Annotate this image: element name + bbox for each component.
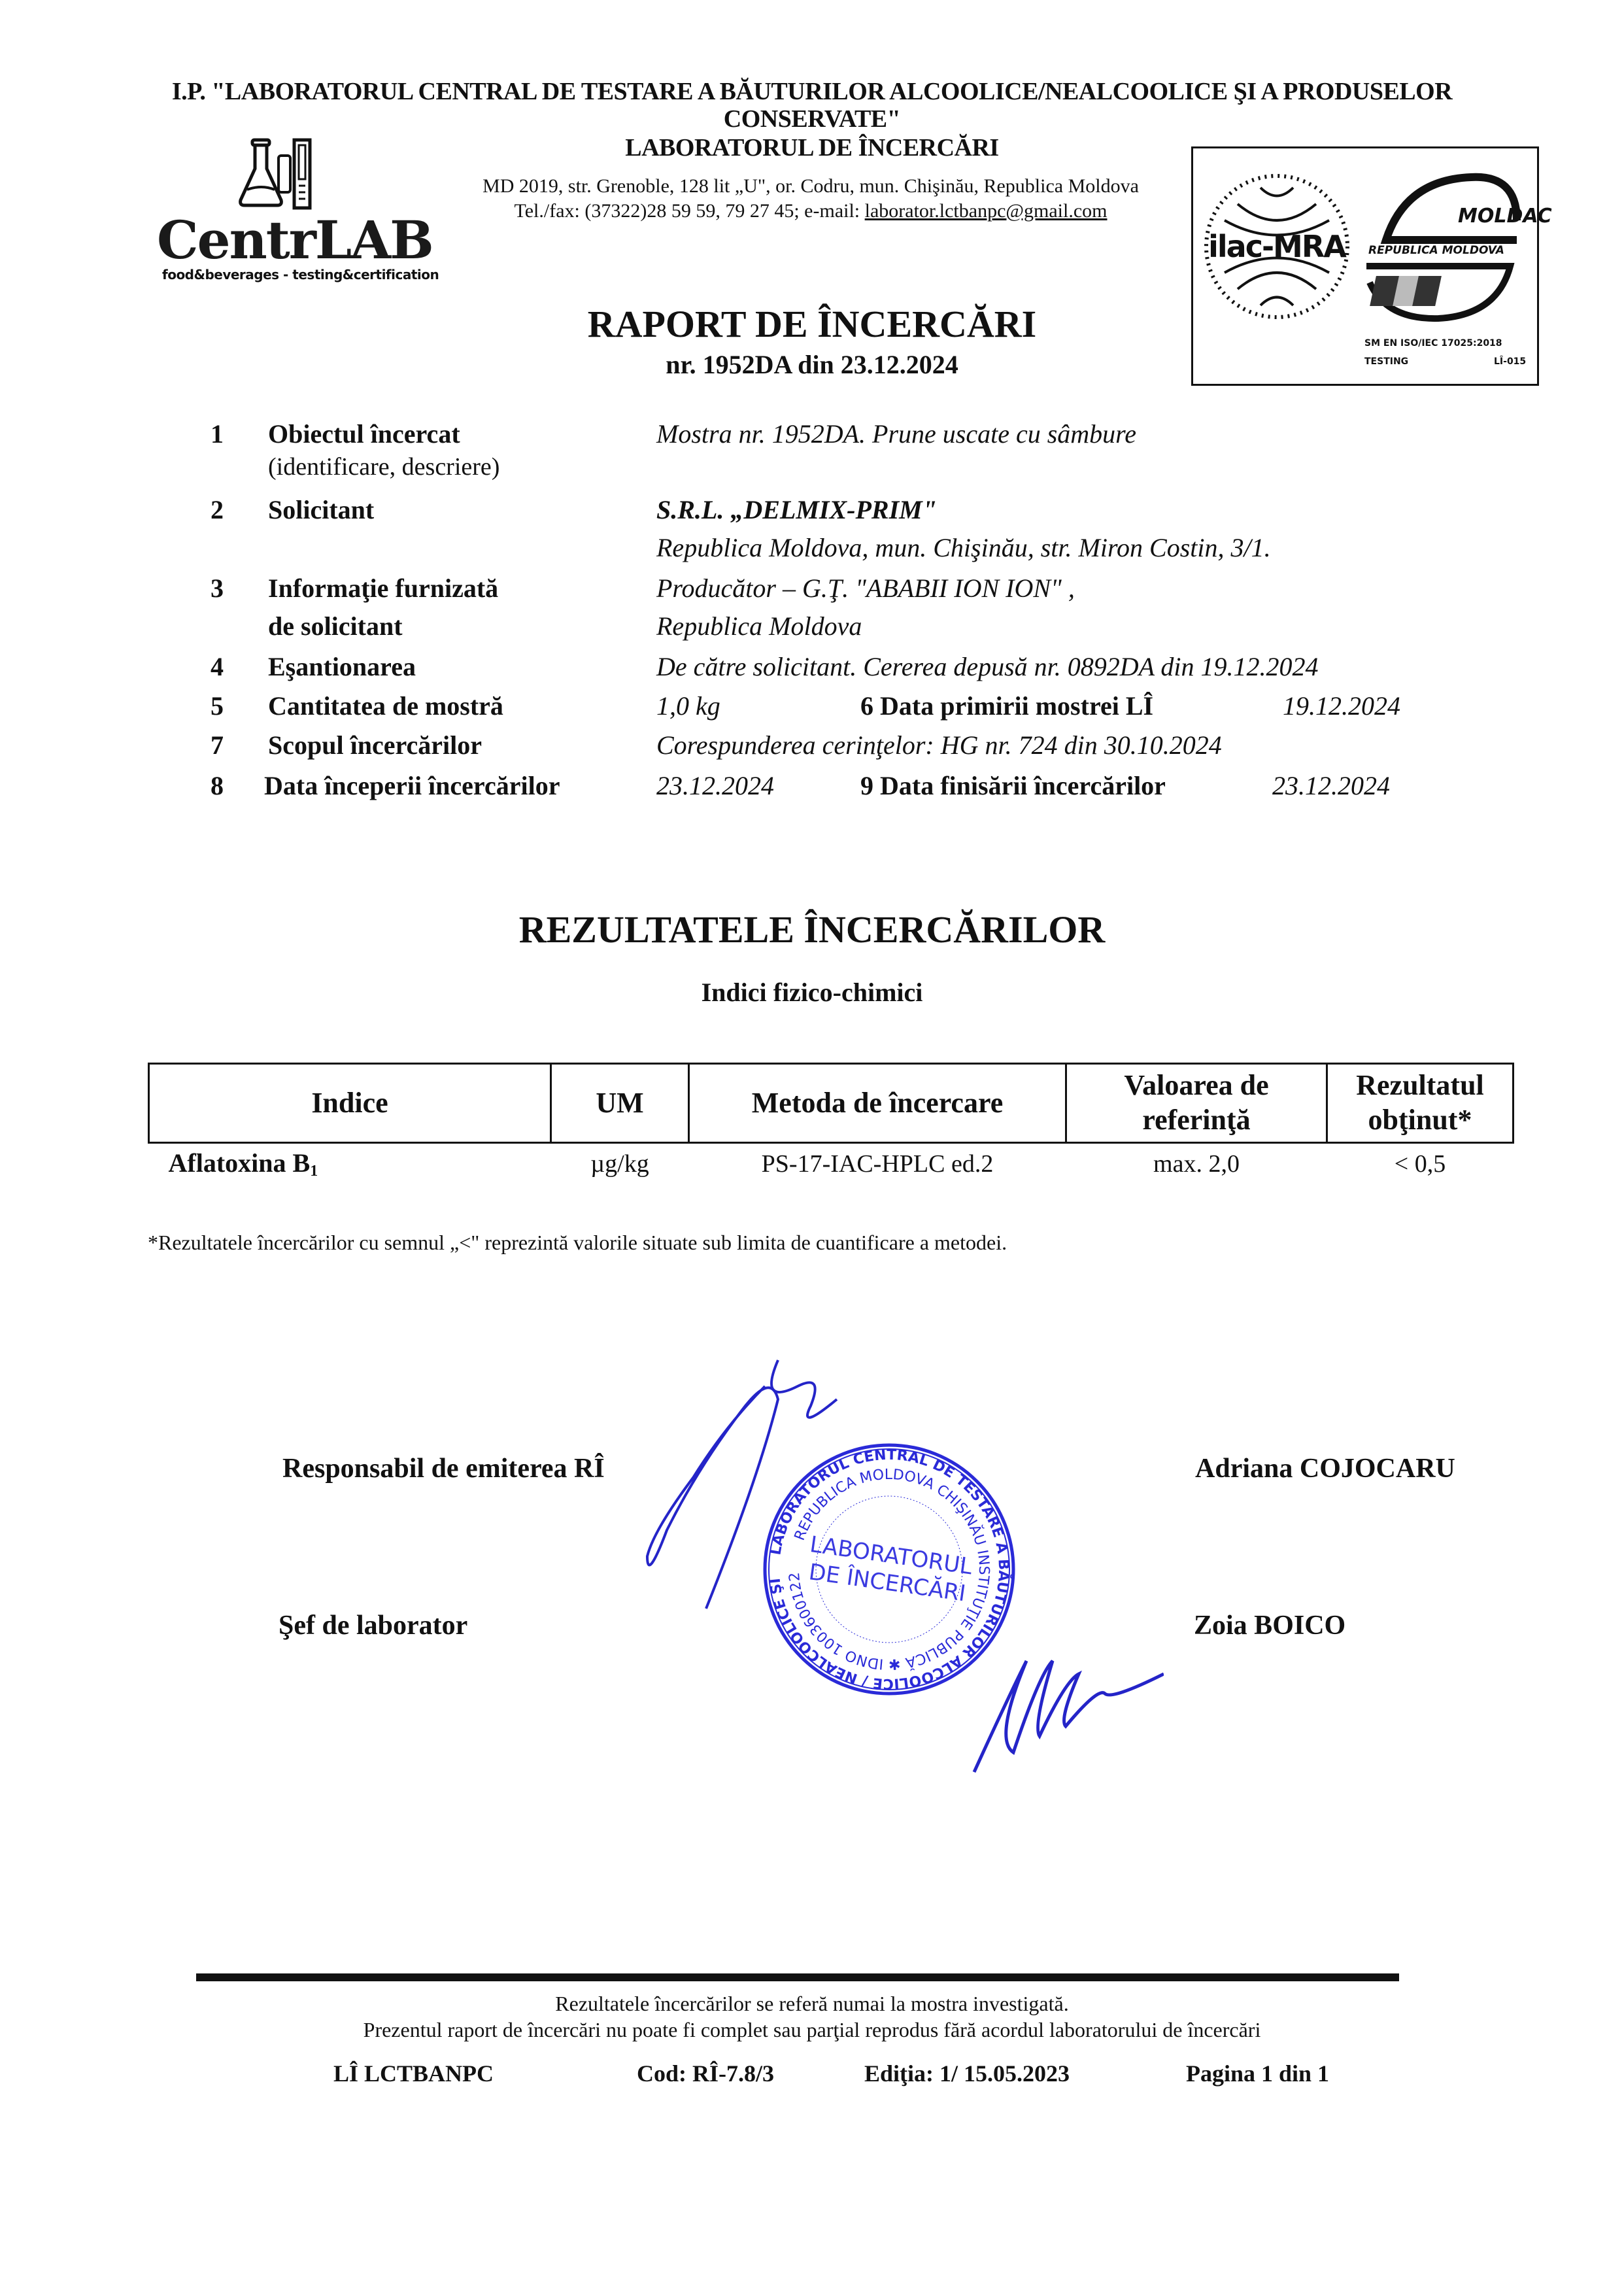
item-number: 8 — [211, 770, 237, 801]
footer-page-number: Pagina 1 din 1 — [1186, 2060, 1329, 2087]
footer-edition: Ediţia: 1/ 15.05.2023 — [864, 2060, 1070, 2087]
value-producer-country: Republica Moldova — [656, 611, 862, 641]
item-number: 1 — [211, 418, 237, 449]
signature-name-issuer: Adriana COJOCARU — [1195, 1453, 1455, 1484]
footer-divider — [196, 1973, 1399, 1981]
report-number: nr. 1952DA din 23.12.2024 — [0, 349, 1624, 380]
column-header-reference: Valoarea de referinţă — [1066, 1064, 1327, 1143]
email-link[interactable]: laborator.lctbanpc@gmail.com — [865, 200, 1108, 222]
column-header-method: Metoda de încercare — [689, 1064, 1066, 1143]
column-header-indice: Indice — [149, 1064, 551, 1143]
indice-subscript: 1 — [310, 1163, 318, 1180]
organization-name-line1: I.P. "LABORATORUL CENTRAL DE TESTARE A B… — [0, 77, 1624, 106]
cell-indice: Aflatoxina B1 — [149, 1143, 551, 1185]
logo-wordmark: CentrLAB — [157, 209, 433, 271]
results-title: REZULTATELE ÎNCERCĂRILOR — [0, 908, 1624, 951]
results-footnote: *Rezultatele încercărilor cu semnul „<" … — [148, 1231, 1007, 1255]
cell-reference: max. 2,0 — [1066, 1143, 1327, 1185]
label-test-end-date: 9 Data finisării încercărilor — [860, 770, 1166, 801]
value-receipt-date: 19.12.2024 — [1283, 691, 1400, 721]
item-number: 5 — [211, 691, 237, 721]
cell-result: < 0,5 — [1327, 1143, 1514, 1185]
column-header-um: UM — [551, 1064, 689, 1143]
label-tested-object: Obiectul încercat — [268, 418, 460, 449]
value-sample-quantity: 1,0 kg — [656, 691, 720, 721]
table-row: Aflatoxina B1 µg/kg PS-17-IAC-HPLC ed.2 … — [149, 1143, 1514, 1185]
footer-disclaimer-1: Rezultatele încercărilor se referă numai… — [0, 1992, 1624, 2016]
handwritten-signature-icon — [968, 1622, 1164, 1779]
lab-flask-icon — [235, 137, 314, 213]
laboratory-address: MD 2019, str. Grenoble, 128 lit „U", or.… — [418, 175, 1203, 197]
cell-method: PS-17-IAC-HPLC ed.2 — [689, 1143, 1066, 1185]
label-applicant-info-2: de solicitant — [268, 611, 403, 641]
label-sampling: Eşantionarea — [268, 651, 416, 682]
value-test-end-date: 23.12.2024 — [1272, 770, 1390, 801]
signature-role-issuer: Responsabil de emiterea RÎ — [282, 1453, 605, 1484]
value-test-purpose: Corespunderea cerinţelor: HG nr. 724 din… — [656, 730, 1222, 760]
item-number: 3 — [211, 573, 237, 604]
value-applicant-name: S.R.L. „DELMIX-PRIM" — [656, 494, 937, 525]
value-test-start-date: 23.12.2024 — [656, 770, 774, 801]
value-applicant-address: Republica Moldova, mun. Chişinău, str. M… — [656, 532, 1271, 563]
cell-um: µg/kg — [551, 1143, 689, 1185]
signature-name-head: Zoia BOICO — [1194, 1610, 1345, 1641]
column-header-result: Rezultatul obţinut* — [1327, 1064, 1514, 1143]
ilac-mra-emblem-icon: ilac-MRA — [1198, 168, 1355, 325]
results-subtitle: Indici fizico-chimici — [0, 977, 1624, 1008]
logo-tagline: food&beverages - testing&certification — [162, 267, 439, 282]
footer-disclaimer-2: Prezentul raport de încercări nu poate f… — [0, 2018, 1624, 2042]
centrlab-logo: CentrLAB food&beverages - testing&certif… — [157, 137, 445, 288]
moldac-country: REPUBLICA MOLDOVA — [1368, 244, 1504, 257]
label-sample-quantity: Cantitatea de mostră — [268, 691, 503, 721]
value-producer: Producător – G.Ţ. "ABABII ION ION" , — [656, 573, 1075, 604]
moldac-label: MOLDAC — [1458, 205, 1552, 228]
footer-lab-code: LÎ LCTBANPC — [333, 2060, 494, 2087]
label-applicant: Solicitant — [268, 494, 374, 525]
report-title: RAPORT DE ÎNCERCĂRI — [0, 302, 1624, 346]
ilac-label: ilac-MRA — [1208, 229, 1347, 264]
label-test-start-date: Data începerii încercărilor — [264, 770, 560, 801]
label-receipt-date: 6 Data primirii mostrei LÎ — [860, 691, 1153, 721]
results-table: Indice UM Metoda de încercare Valoarea d… — [148, 1063, 1514, 1184]
phone-fax: Tel./fax: (37322)28 59 59, 79 27 45; e-m… — [515, 200, 865, 222]
indice-name: Aflatoxina B — [169, 1148, 311, 1178]
laboratory-contacts: Tel./fax: (37322)28 59 59, 79 27 45; e-m… — [418, 200, 1203, 222]
item-number: 7 — [211, 730, 237, 760]
label-test-purpose: Scopul încercărilor — [268, 730, 482, 760]
signature-role-head: Şef de laborator — [279, 1610, 467, 1641]
label-applicant-info: Informaţie furnizată — [268, 573, 498, 604]
footer-doc-code: Cod: RÎ-7.8/3 — [637, 2060, 774, 2087]
item-number: 4 — [211, 651, 237, 682]
value-tested-object: Mostra nr. 1952DA. Prune uscate cu sâmbu… — [656, 418, 1136, 449]
label-tested-object-sub: (identificare, descriere) — [268, 452, 499, 481]
table-header-row: Indice UM Metoda de încercare Valoarea d… — [149, 1064, 1514, 1143]
organization-name-line2: CONSERVATE" — [0, 105, 1624, 133]
item-number: 2 — [211, 494, 237, 525]
value-sampling: De către solicitant. Cererea depusă nr. … — [656, 651, 1319, 682]
